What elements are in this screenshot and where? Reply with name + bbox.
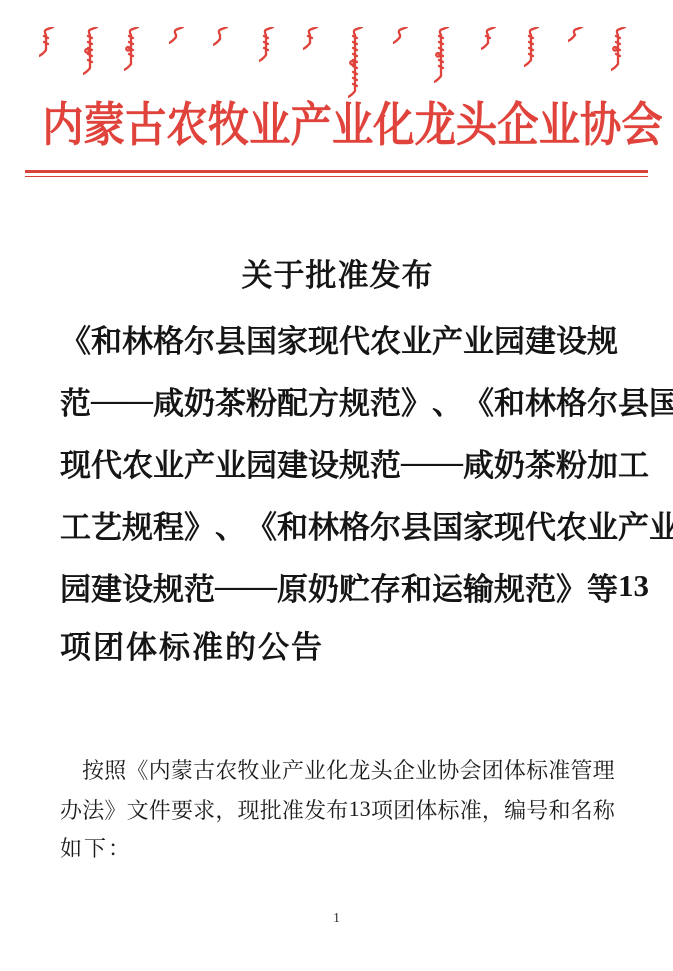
announcement-title: 关于批准发布《和林格尔县国家现代农业产业园建设规范——咸奶茶粉配方规范》、《和林… <box>60 245 615 679</box>
mongolian-vertical-word-icon <box>524 27 542 73</box>
mongolian-vertical-word-icon <box>39 27 57 63</box>
mongolian-vertical-word-icon <box>303 27 321 56</box>
mongolian-vertical-word-icon <box>611 27 629 77</box>
body-line: 按照《内蒙古农牧业产业化龙头企业协会团体标准管理 <box>60 749 615 789</box>
announcement-title-line: 园建设规范——原奶贮存和运输规范》等 13 <box>60 555 615 617</box>
body-line: 如下： <box>60 829 615 869</box>
document-page: 内蒙古农牧业产业化龙头企业协会 关于批准发布《和林格尔县国家现代农业产业园建设规… <box>0 0 673 971</box>
letterhead: 内蒙古农牧业产业化龙头企业协会 <box>0 99 673 153</box>
letterhead-title: 内蒙古农牧业产业化龙头企业协会 <box>42 99 662 153</box>
announcement-title-line: 现代农业产业园建设规范——咸奶茶粉加工 <box>60 431 615 493</box>
announcement-title-line: 关于批准发布 <box>60 245 615 307</box>
announcement-title-line: 项团体标准的公告 <box>60 617 615 679</box>
letterhead-divider-thin <box>25 176 648 178</box>
mongolian-vertical-word-icon <box>434 27 452 89</box>
mongolian-vertical-word-icon <box>83 27 101 81</box>
mongolian-vertical-word-icon <box>481 27 499 56</box>
announcement-title-line: 范——咸奶茶粉配方规范》、《和林格尔县国家 <box>60 369 615 431</box>
mongolian-vertical-word-icon <box>393 27 411 50</box>
page-number: 1 <box>0 911 673 927</box>
body-paragraph: 按照《内蒙古农牧业产业化龙头企业协会团体标准管理办法》文件要求，现批准发布 13… <box>60 749 615 869</box>
mongolian-script-row <box>0 0 673 100</box>
body-line: 办法》文件要求，现批准发布 13 项团体标准，编号和名称 <box>60 789 615 829</box>
mongolian-vertical-word-icon <box>259 27 277 68</box>
announcement-title-line: 工艺规程》、《和林格尔县国家现代农业产业 <box>60 493 615 555</box>
mongolian-vertical-word-icon <box>169 27 187 50</box>
mongolian-vertical-word-icon <box>568 27 586 48</box>
letterhead-divider-thick <box>25 170 648 173</box>
mongolian-vertical-word-icon <box>213 27 231 52</box>
mongolian-vertical-word-icon <box>348 27 366 104</box>
mongolian-vertical-word-icon <box>124 27 142 77</box>
announcement-title-line: 《和林格尔县国家现代农业产业园建设规 <box>60 307 615 369</box>
